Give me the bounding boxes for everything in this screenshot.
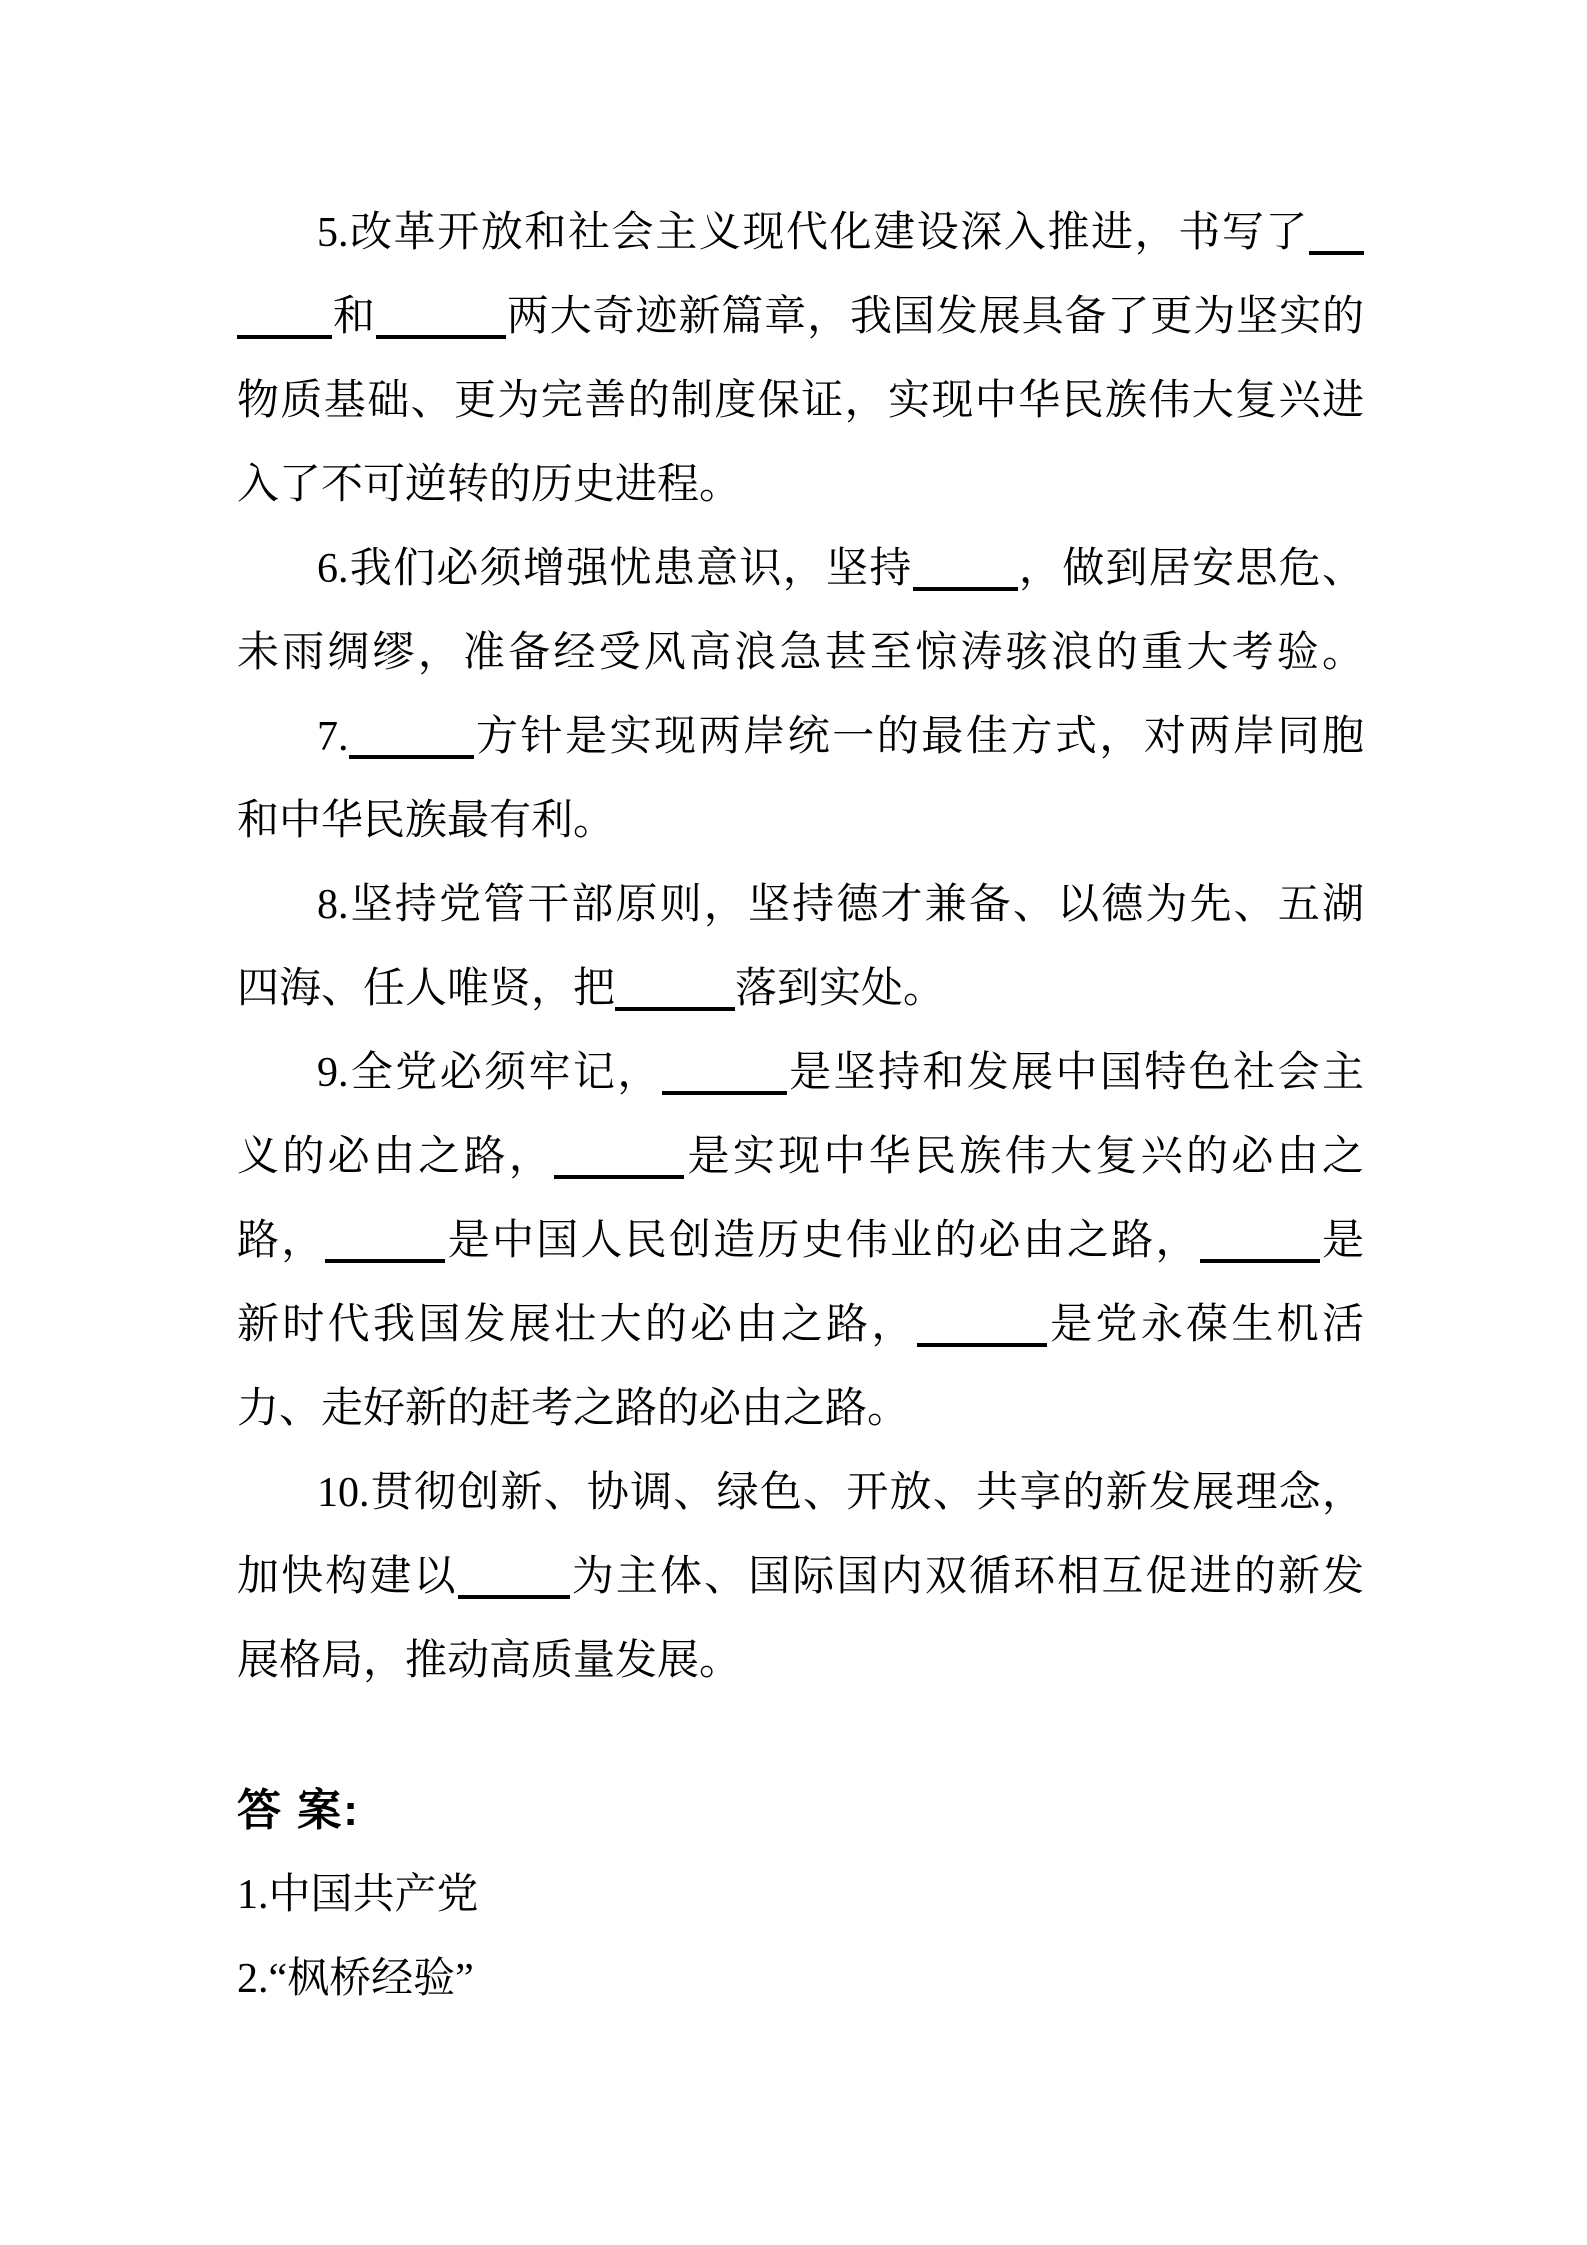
- q10-line2: 加快构建以为主体、国际国内双循环相互促进的新发: [237, 1535, 1364, 1619]
- q9-line4: 新时代我国发展壮大的必由之路，是党永葆生机活: [237, 1283, 1364, 1367]
- text-run: 方针是实现两岸统一的最佳方式，对两岸同胞: [474, 714, 1365, 760]
- text-run: 加快构建以: [237, 1554, 458, 1600]
- q7-line1: 7.方针是实现两岸统一的最佳方式，对两岸同胞: [237, 695, 1364, 779]
- q7-line2: 和中华民族最有利。: [237, 779, 1364, 863]
- text-run: 新时代我国发展壮大的必由之路，: [237, 1302, 917, 1348]
- q9-line5: 力、走好新的赶考之路的必由之路。: [237, 1367, 1364, 1451]
- q5-line2: 和两大奇迹新篇章，我国发展具备了更为坚实的: [237, 275, 1364, 359]
- blank-underline: [376, 335, 506, 339]
- q9-line3: 路，是中国人民创造历史伟业的必由之路，是: [237, 1199, 1364, 1283]
- text-run: 7.: [317, 714, 349, 760]
- text-run: ，做到居安思危、: [1018, 546, 1364, 592]
- text-run: 物质基础、更为完善的制度保证，实现中华民族伟大复兴进: [237, 378, 1364, 424]
- text-run: 是党永葆生机活: [1047, 1302, 1364, 1348]
- q5-line3: 物质基础、更为完善的制度保证，实现中华民族伟大复兴进: [237, 359, 1364, 443]
- blank-underline: [237, 335, 332, 339]
- answer-item-2: 2.“枫桥经验”: [237, 1937, 1364, 2021]
- text-run: 是: [1320, 1218, 1364, 1264]
- q9-line1: 9.全党必须牢记，是坚持和发展中国特色社会主: [237, 1031, 1364, 1115]
- text-run: 未雨绸缪，准备经受风高浪急甚至惊涛骇浪的重大考验。: [237, 630, 1364, 676]
- text-run: 和: [332, 294, 376, 340]
- text-run: 8.坚持党管干部原则，坚持德才兼备、以德为先、五湖: [317, 882, 1364, 928]
- text-run: 10.贯彻创新、协调、绿色、开放、共享的新发展理念，: [317, 1470, 1364, 1516]
- text-run: 是实现中华民族伟大复兴的必由之: [684, 1134, 1364, 1180]
- blank-underline: [325, 1259, 445, 1263]
- q10-line1: 10.贯彻创新、协调、绿色、开放、共享的新发展理念，: [237, 1451, 1364, 1535]
- text-run: 落到实处。: [735, 966, 945, 1012]
- answers-heading: 答 案:: [237, 1769, 1364, 1853]
- blank-underline: [1309, 251, 1364, 255]
- text-run: 义的必由之路，: [237, 1134, 554, 1180]
- text-run: 6.我们必须增强忧患意识，坚持: [317, 546, 913, 592]
- blank-underline: [662, 1091, 787, 1095]
- answers-list: 1.中国共产党2.“枫桥经验”: [237, 1853, 1364, 2021]
- section-gap: [237, 1703, 1364, 1769]
- text-run: 9.全党必须牢记，: [317, 1050, 662, 1096]
- text-run: 和中华民族最有利。: [237, 798, 615, 844]
- text-run: 路，: [237, 1218, 325, 1264]
- answer-item-1: 1.中国共产党: [237, 1853, 1364, 1937]
- document-content: 5.改革开放和社会主义现代化建设深入推进，书写了和两大奇迹新篇章，我国发展具备了…: [237, 191, 1364, 2021]
- text-run: 四海、任人唯贤，把: [237, 966, 615, 1012]
- q6-line2: 未雨绸缪，准备经受风高浪急甚至惊涛骇浪的重大考验。: [237, 611, 1364, 695]
- blank-underline: [917, 1343, 1047, 1347]
- blank-underline: [349, 755, 474, 759]
- questions-section: 5.改革开放和社会主义现代化建设深入推进，书写了和两大奇迹新篇章，我国发展具备了…: [237, 191, 1364, 1703]
- q5-line1: 5.改革开放和社会主义现代化建设深入推进，书写了: [237, 191, 1364, 275]
- text-run: 展格局，推动高质量发展。: [237, 1638, 741, 1684]
- blank-underline: [1200, 1259, 1320, 1263]
- q8-line2: 四海、任人唯贤，把落到实处。: [237, 947, 1364, 1031]
- q8-line1: 8.坚持党管干部原则，坚持德才兼备、以德为先、五湖: [237, 863, 1364, 947]
- document-page: 5.改革开放和社会主义现代化建设深入推进，书写了和两大奇迹新篇章，我国发展具备了…: [0, 0, 1587, 2245]
- blank-underline: [615, 1007, 735, 1011]
- q5-line4: 入了不可逆转的历史进程。: [237, 443, 1364, 527]
- text-run: 5.改革开放和社会主义现代化建设深入推进，书写了: [317, 210, 1309, 256]
- q9-line2: 义的必由之路，是实现中华民族伟大复兴的必由之: [237, 1115, 1364, 1199]
- text-run: 为主体、国际国内双循环相互促进的新发: [570, 1554, 1364, 1600]
- text-run: 入了不可逆转的历史进程。: [237, 462, 741, 508]
- q6-line1: 6.我们必须增强忧患意识，坚持，做到居安思危、: [237, 527, 1364, 611]
- text-run: 两大奇迹新篇章，我国发展具备了更为坚实的: [506, 294, 1364, 340]
- text-run: 是坚持和发展中国特色社会主: [787, 1050, 1364, 1096]
- text-run: 是中国人民创造历史伟业的必由之路，: [445, 1218, 1199, 1264]
- blank-underline: [554, 1175, 684, 1179]
- text-run: 力、走好新的赶考之路的必由之路。: [237, 1386, 909, 1432]
- q10-line3: 展格局，推动高质量发展。: [237, 1619, 1364, 1703]
- blank-underline: [913, 587, 1018, 591]
- blank-underline: [458, 1595, 570, 1599]
